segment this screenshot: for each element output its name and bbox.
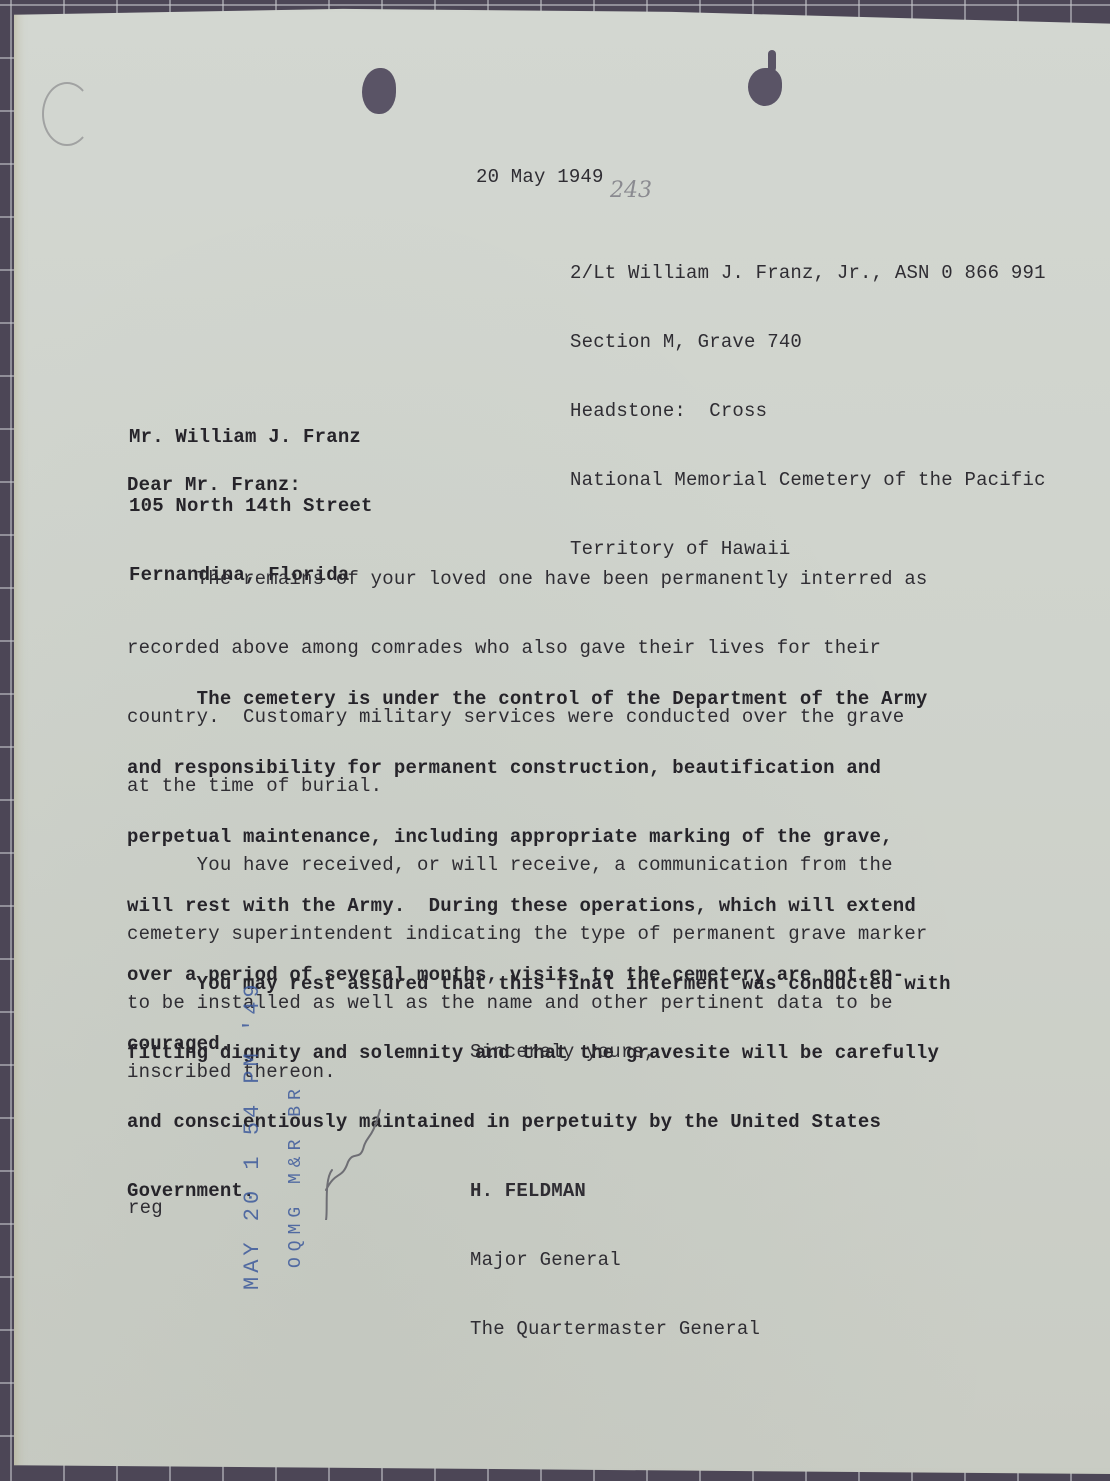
address-line: 105 North 14th Street: [129, 495, 373, 518]
reference-line: Headstone: Cross: [570, 400, 1046, 423]
received-stamp-date: MAY 20 1 54 PM '49: [240, 980, 265, 1290]
closing: Sincerely yours,: [470, 1041, 656, 1064]
paragraph-line: The remains of your loved one have been …: [127, 568, 967, 591]
handwritten-initial-mark: [310, 1100, 400, 1220]
punch-hole: [748, 68, 782, 106]
paragraph-line: You have received, or will receive, a co…: [127, 854, 967, 877]
typist-initials: reg: [128, 1197, 163, 1220]
signer-name: H. FELDMAN: [470, 1180, 760, 1203]
pencil-circle-mark: [42, 82, 92, 146]
punch-hole: [362, 68, 396, 114]
salutation: Dear Mr. Franz:: [127, 474, 301, 497]
signer-rank: Major General: [470, 1249, 760, 1272]
reference-line: National Memorial Cemetery of the Pacifi…: [570, 469, 1046, 492]
pencil-annotation: 243: [610, 178, 652, 203]
address-line: Mr. William J. Franz: [129, 426, 373, 449]
paragraph-line: The cemetery is under the control of the…: [127, 688, 967, 711]
letter-date: 20 May 1949: [476, 166, 604, 189]
reference-line: 2/Lt William J. Franz, Jr., ASN 0 866 99…: [570, 262, 1046, 285]
received-stamp-office: OQMG M&R BR: [286, 1083, 306, 1268]
reference-line: Section M, Grave 740: [570, 331, 1046, 354]
signature-block: H. FELDMAN Major General The Quartermast…: [470, 1134, 760, 1364]
paragraph-line: and responsibility for permanent constru…: [127, 757, 967, 780]
signer-title: The Quartermaster General: [470, 1318, 760, 1341]
